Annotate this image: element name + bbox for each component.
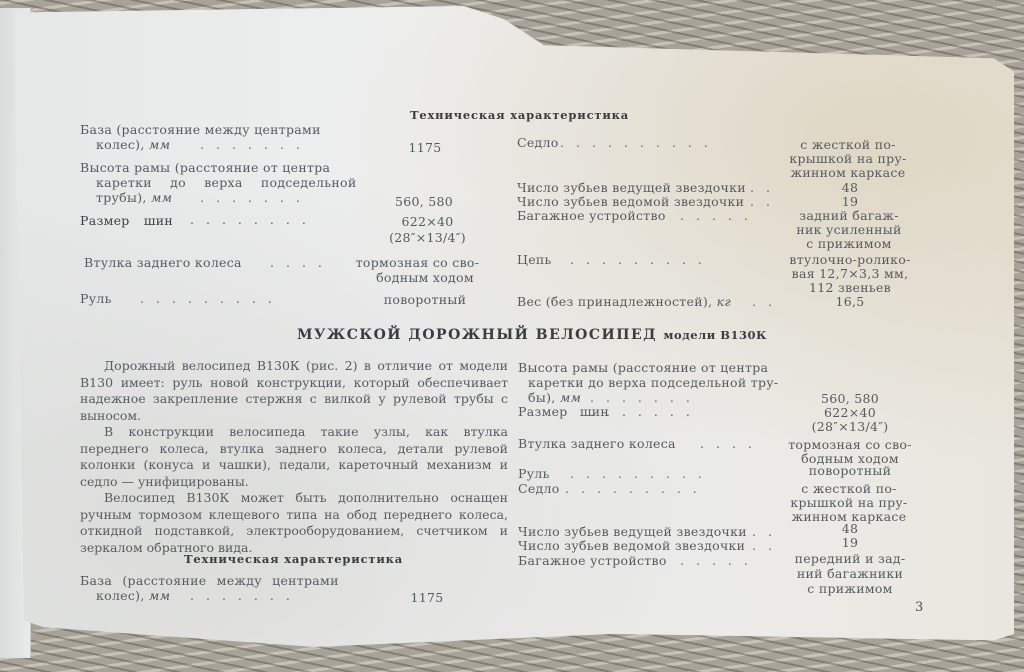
spec-value: тормозная со сво- — [355, 255, 480, 270]
spec-label: Цепь — [517, 252, 552, 267]
spec-value: (28″×13/4″) — [375, 230, 480, 245]
spec-label: Седло — [518, 481, 560, 496]
spec-value: жинном каркасе — [788, 165, 908, 180]
leader-dots: ....... — [200, 137, 312, 152]
leader-dots: .... — [270, 255, 334, 270]
spec-value: с прижимом — [786, 581, 914, 596]
leader-dots: ........ — [190, 212, 318, 227]
spec-value: 560, 580 — [810, 391, 890, 406]
spec-label: каретки до верха подседельной — [96, 175, 356, 190]
spec-label: бы), мм — [528, 390, 581, 405]
description-paragraph-1: Дорожный велосипед В130К (рис. 2) в отли… — [80, 358, 508, 424]
spec-value: бодным ходом — [375, 270, 475, 285]
spec-label: Втулка заднего колеса — [84, 255, 242, 270]
model-title: МУЖСКОЙ ДОРОЖНЫЙ ВЕЛОСИПЕД модели В130К — [297, 327, 767, 343]
description-paragraph-2: В конструкции велосипеда такие узлы, как… — [80, 424, 508, 490]
spec-label: Число зубьев ведущей звездочки — [518, 524, 747, 539]
top-spec-title: Техническая характеристика — [410, 108, 629, 122]
spec-value: вая 12,7×3,3 мм, — [786, 266, 914, 281]
spec-value: втулочно-ролико- — [786, 252, 914, 267]
spec-value: поворотный — [380, 292, 470, 307]
spec-label: Размер шин — [80, 213, 173, 228]
leader-dots: .. — [750, 180, 782, 195]
model-title-subtitle: модели В130К — [663, 328, 766, 342]
spec-label: Число зубьев ведомой звездочки — [518, 538, 745, 553]
spec-label: каретки до верха подседельной тру- — [528, 375, 778, 390]
spec-value: 560, 580 — [388, 194, 460, 209]
spec-label: Руль — [80, 291, 112, 306]
leader-dots: ......... — [570, 252, 714, 267]
leader-dots: ....... — [590, 390, 702, 405]
leader-dots: .. — [752, 294, 784, 309]
spec-value: 48 — [810, 521, 890, 536]
spec-value: крышкой на пру- — [788, 151, 908, 166]
leader-dots: ......... — [570, 466, 714, 481]
leader-dots: ....... — [590, 404, 702, 419]
leader-dots: ....... — [190, 588, 302, 603]
spec-label: Вес (без принадлежностей), кг — [517, 294, 731, 309]
description-paragraph-3: Велосипед В130К может быть дополнительно… — [80, 490, 508, 556]
spec-label: База (расстояние между центрами — [80, 573, 339, 588]
spec-label: Число зубьев ведущей звездочки — [517, 180, 746, 195]
spec-value: 622×40 — [375, 214, 480, 229]
spec-value: 48 — [810, 180, 890, 195]
spec-label: База (расстояние между центрами — [80, 122, 321, 137]
spec-value: 622×40 — [800, 405, 900, 420]
spec-label: Багажное устройство — [518, 553, 667, 568]
spec-value: тормозная со сво- — [786, 437, 914, 452]
spec-label: Руль — [518, 466, 550, 481]
spec-value: задний багаж- — [788, 208, 910, 223]
leader-dots: .... — [700, 436, 764, 451]
spec-label: Высота рамы (расстояние от центра — [518, 360, 768, 375]
leader-dots: .......... — [560, 135, 720, 150]
spec-value: ник усиленный — [788, 222, 910, 237]
leader-dots: .. — [752, 524, 784, 539]
spec-value: передний и зад- — [786, 551, 914, 566]
spec-value: ний багажники — [786, 566, 914, 581]
leader-dots: .. — [750, 194, 782, 209]
spec-label: Багажное устройство — [517, 208, 666, 223]
leader-dots: ....... — [200, 190, 312, 205]
spec-value: 19 — [810, 194, 890, 209]
spec-value: крышкой на пру- — [788, 495, 910, 510]
spec-value: (28″×13/4″) — [792, 419, 908, 434]
spec-value: с прижимом — [788, 236, 910, 251]
spec-value: 112 звеньев — [786, 280, 914, 295]
model-title-main: МУЖСКОЙ ДОРОЖНЫЙ ВЕЛОСИПЕД — [297, 327, 657, 343]
spec-label: Число зубьев ведомой звездочки — [517, 194, 744, 209]
spec-label: трубы), мм — [96, 190, 172, 205]
spec-label: колес), мм — [96, 137, 170, 152]
spec-label: Седло — [517, 135, 559, 150]
spec-value: 16,5 — [810, 294, 890, 309]
leader-dots: ..... — [680, 208, 760, 223]
spec-label: Втулка заднего колеса — [518, 436, 676, 451]
leader-dots: ......... — [565, 481, 709, 496]
page-number: 3 — [915, 600, 923, 615]
leader-dots: .. — [752, 538, 784, 553]
lower-spec-title: Техническая характеристика — [184, 552, 403, 566]
spec-value: 1175 — [402, 590, 452, 605]
spec-value: 1175 — [400, 140, 450, 155]
leader-dots: ..... — [680, 553, 760, 568]
spec-value: с жесткой по- — [788, 137, 908, 152]
leader-dots: ......... — [140, 291, 284, 306]
spec-label: колес), мм — [96, 588, 170, 603]
spec-value: 19 — [810, 535, 890, 550]
spec-value: поворотный — [800, 463, 900, 478]
spec-value: с жесткой по- — [788, 481, 910, 496]
spec-label: Высота рамы (расстояние от центра — [80, 160, 330, 175]
